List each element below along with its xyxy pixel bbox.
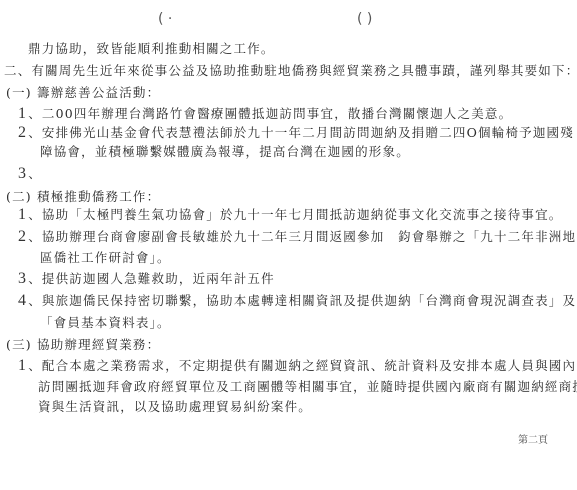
item-number: 1	[18, 357, 27, 374]
item-text: 、協助辦理台商會廖副會長敏雄於九十二年三月間返國參加 鈞會舉辦之「九十二年非洲地	[28, 229, 576, 244]
page-number: 第二頁	[518, 431, 548, 446]
item-text: 、	[28, 166, 42, 181]
list-item-continuation: 障協會，並積極聯繫媒體廣為報導，提高台灣在迦國的形象。	[40, 144, 410, 160]
item-text: 、配合本處之業務需求，不定期提供有關迦納之經貿資訊、統計資料及安排本處人員與國內	[28, 358, 576, 373]
item-number: 2	[18, 228, 27, 245]
list-item: 3、提供訪迦國人急難救助，近兩年計五件	[18, 271, 275, 287]
item-text: 、與旅迦僑民保持密切聯繫，協助本處轉達相關資訊及提供迦納「台灣商會現況調查表」及	[28, 293, 576, 308]
document-page: ( · ( ) 鼎力協助，致皆能順利推動相關之工作。 二、有關周先生近年來從事公…	[0, 0, 577, 490]
list-item: 2、安排佛光山基金會代表慧禮法師於九十一年二月間訪問迦納及捐贈二四O個輪椅予迦國…	[18, 125, 574, 141]
list-item-continuation: 訪問團抵迦拜會政府經貿單位及工商團體等相關事宜，並隨時提供國內廠商有關迦納經商投	[38, 379, 577, 395]
list-item: 1、協助「太極門養生氣功協會」於九十一年七月間抵訪迦納從事文化交流事之接待事宜。	[18, 207, 563, 223]
hole-punch-mark-left: ( ·	[158, 11, 172, 27]
list-item-continuation: 資與生活資訊，以及協助處理貿易糾紛案件。	[38, 399, 312, 415]
list-item-continuation: 「會員基本資料表」。	[40, 315, 171, 331]
item-number: 3	[18, 165, 27, 182]
item-text: 、二00四年辦理台灣路竹會醫療團體抵迦訪問事宜，散播台灣關懷迦人之美意。	[28, 106, 512, 121]
subsection-heading-overseas-affairs: (二) 積極推動僑務工作：	[6, 189, 160, 205]
list-item: 1、二00四年辦理台灣路竹會醫療團體抵迦訪問事宜，散播台灣關懷迦人之美意。	[18, 106, 512, 122]
hole-punch-mark-right: ( )	[357, 11, 372, 27]
item-number: 2	[18, 124, 27, 141]
item-text: 、安排佛光山基金會代表慧禮法師於九十一年二月間訪問迦納及捐贈二四O個輪椅予迦國殘	[28, 125, 574, 140]
item-number: 1	[18, 105, 27, 122]
paragraph-continuation: 鼎力協助，致皆能順利推動相關之工作。	[28, 41, 275, 57]
subsection-heading-trade: (三) 協助辦理經貿業務：	[6, 337, 160, 353]
list-item: 3、	[18, 166, 42, 182]
list-item: 2、協助辦理台商會廖副會長敏雄於九十二年三月間返國參加 鈞會舉辦之「九十二年非洲…	[18, 229, 576, 245]
item-number: 4	[18, 292, 27, 309]
list-item: 1、配合本處之業務需求，不定期提供有關迦納之經貿資訊、統計資料及安排本處人員與國…	[18, 358, 576, 374]
list-item: 4、與旅迦僑民保持密切聯繫，協助本處轉達相關資訊及提供迦納「台灣商會現況調查表」…	[18, 293, 576, 309]
subsection-heading-charity: (一) 籌辦慈善公益活動：	[6, 85, 160, 101]
section-heading-two: 二、有關周先生近年來從事公益及協助推動駐地僑務與經貿業務之具體事蹟，謹列舉其要如…	[4, 63, 577, 79]
item-text: 、提供訪迦國人急難救助，近兩年計五件	[28, 271, 275, 286]
item-number: 3	[18, 270, 27, 287]
item-text: 、協助「太極門養生氣功協會」於九十一年七月間抵訪迦納從事文化交流事之接待事宜。	[28, 207, 562, 222]
item-number: 1	[18, 206, 27, 223]
list-item-continuation: 區僑社工作研討會」。	[40, 250, 171, 266]
